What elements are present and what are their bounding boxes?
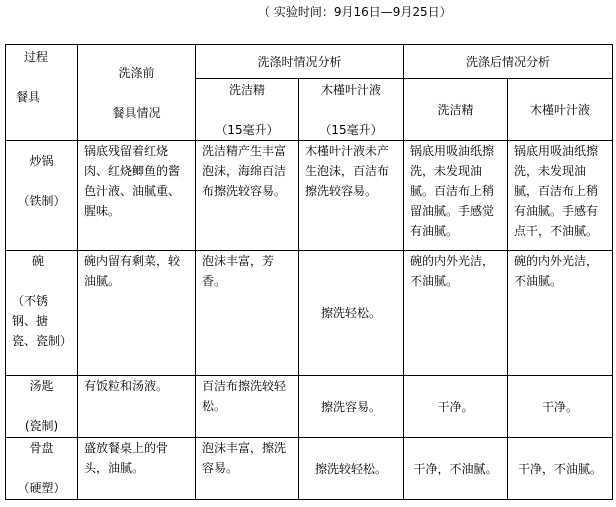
after-hibiscus-cell: 干净，不油腻。: [508, 438, 613, 500]
before-wash-cell: 锅底残留着红烧肉、红烧鲫鱼的酱色汁液、油腻重、腥味。: [78, 141, 196, 251]
during-wash-group-header: 洗涤时情况分析: [196, 45, 404, 79]
during-detergent-cell: 泡沫丰富，擦洗容易。: [196, 438, 299, 500]
dishware-cell: 汤匙 (瓷制): [6, 376, 78, 438]
detergent-label: 洗洁精: [202, 80, 292, 100]
during-detergent-cell: 洗洁精产生丰富泡沫，海绵百洁布擦洗较容易。: [196, 141, 299, 251]
before-wash-cell: 盛放餐桌上的骨头，油腻。: [78, 438, 196, 500]
table-row: 碗 （不锈钢、搪瓷、瓷制） 碗内留有剩菜，较油腻。 泡沫丰富，芳香。 擦洗轻松。…: [6, 251, 613, 376]
during-hibiscus-cell: 擦洗轻松。: [299, 251, 404, 376]
table-row: 炒锅 （铁制） 锅底残留着红烧肉、红烧鲫鱼的酱色汁液、油腻重、腥味。 洗洁精产生…: [6, 141, 613, 251]
after-hibiscus-cell: 干净。: [508, 376, 613, 438]
after-detergent-cell: 碗的内外光洁，不油腻。: [404, 251, 508, 376]
after-detergent-cell: 干净，不油腻。: [404, 438, 508, 500]
during-hibiscus-header: 木槿叶汁液 （15毫升）: [299, 79, 404, 141]
dish-washing-comparison-table: 过程 餐具 洗涤前 餐具情况 洗涤时情况分析 洗涤后情况分析 洗洁精 （15毫升…: [5, 44, 613, 500]
dishware-material: （不锈钢、搪瓷、瓷制）: [12, 291, 71, 351]
during-hibiscus-cell: 擦洗容易。: [299, 376, 404, 438]
corner-dishware-label: 餐具: [16, 87, 71, 107]
during-detergent-header: 洗洁精 （15毫升）: [196, 79, 299, 141]
dishware-name: 碗: [12, 251, 71, 271]
after-detergent-cell: 锅底用吸油纸擦洗，未发现油腻。百洁布上稍留油腻。手感觉有油腻。: [404, 141, 508, 251]
during-detergent-cell: 泡沫丰富，芳香。: [196, 251, 299, 376]
detergent-amount-label: （15毫升）: [202, 120, 292, 140]
before-wash-cell: 碗内留有剩菜，较油腻。: [78, 251, 196, 376]
hibiscus-amount-label: （15毫升）: [305, 120, 397, 140]
dishware-name: 汤匙: [12, 376, 71, 396]
dishware-material: （铁制）: [12, 191, 71, 211]
table-row: 骨盘 （硬塑） 盛放餐桌上的骨头，油腻。 泡沫丰富，擦洗容易。 擦洗较轻松。 干…: [6, 438, 613, 500]
before-wash-header: 洗涤前 餐具情况: [78, 45, 196, 141]
during-hibiscus-cell: 木槿叶汁液未产生泡沫，百洁布擦洗较容易。: [299, 141, 404, 251]
during-detergent-cell: 百洁布擦洗较轻松。: [196, 376, 299, 438]
before-wash-cell: 有饭粒和汤液。: [78, 376, 196, 438]
dishware-cell: 碗 （不锈钢、搪瓷、瓷制）: [6, 251, 78, 376]
dishware-condition-label: 餐具情况: [84, 103, 189, 123]
dishware-cell: 骨盘 （硬塑）: [6, 438, 78, 500]
dishware-name: 炒锅: [12, 151, 71, 171]
dishware-name: 骨盘: [12, 438, 71, 458]
during-hibiscus-cell: 擦洗较轻松。: [299, 438, 404, 500]
hibiscus-label: 木槿叶汁液: [305, 80, 397, 100]
dishware-material: （硬塑）: [12, 478, 71, 498]
after-detergent-cell: 干净。: [404, 376, 508, 438]
after-hibiscus-cell: 碗的内外光洁，不油腻。: [508, 251, 613, 376]
corner-header-cell: 过程 餐具: [6, 45, 78, 141]
dishware-cell: 炒锅 （铁制）: [6, 141, 78, 251]
dishware-material: (瓷制): [12, 416, 71, 436]
table-row: 汤匙 (瓷制) 有饭粒和汤液。 百洁布擦洗较轻松。 擦洗容易。 干净。 干净。: [6, 376, 613, 438]
after-hibiscus-header: 木槿叶汁液: [508, 79, 613, 141]
before-wash-label: 洗涤前: [84, 63, 189, 83]
corner-process-label: 过程: [16, 47, 71, 67]
experiment-time-caption: （ 实验时间：9月16日—9月25日）: [258, 4, 458, 20]
after-detergent-header: 洗洁精: [404, 79, 508, 141]
after-wash-group-header: 洗涤后情况分析: [404, 45, 613, 79]
after-hibiscus-cell: 锅底用吸油纸擦洗，未发现油腻，百洁布上稍有油腻。手感有点干，不油腻。: [508, 141, 613, 251]
